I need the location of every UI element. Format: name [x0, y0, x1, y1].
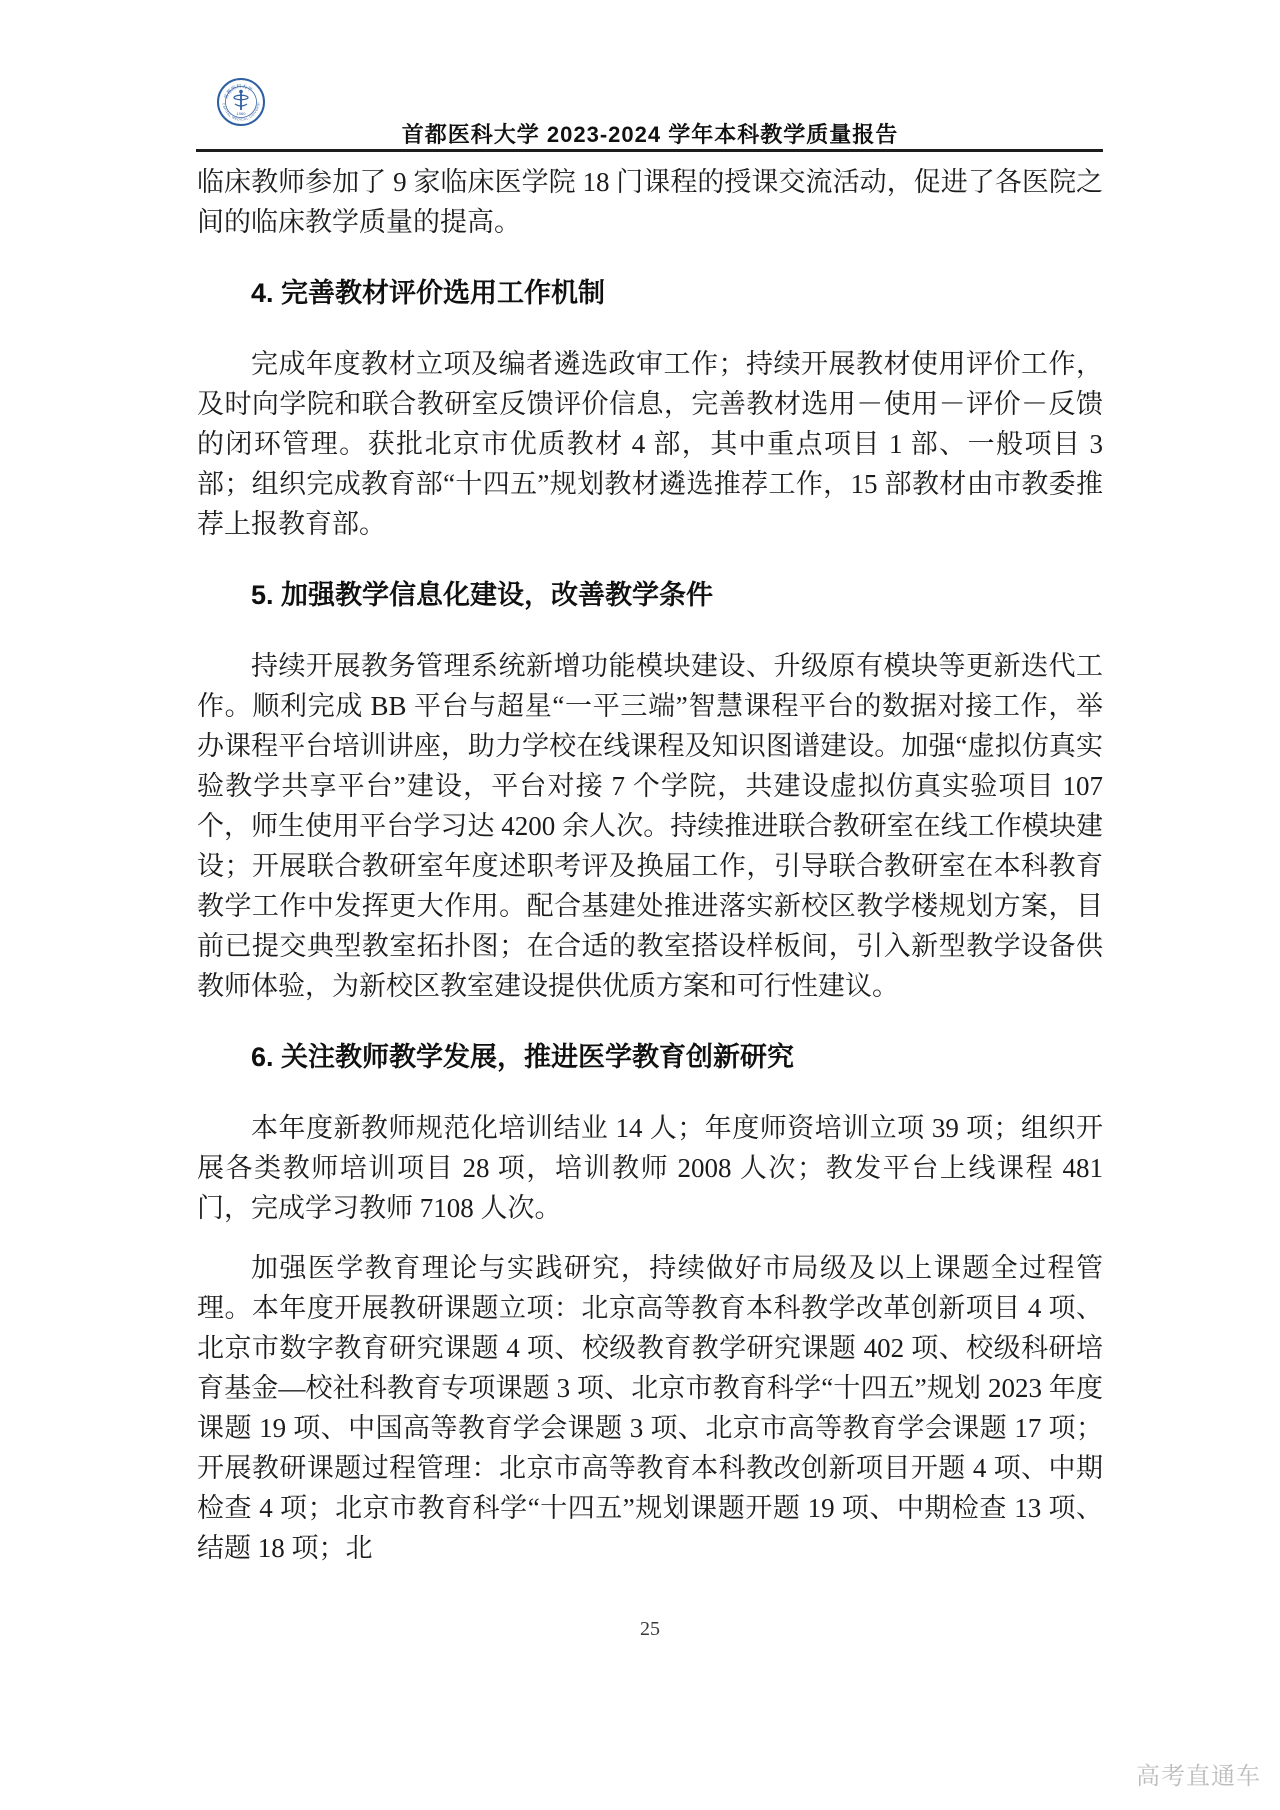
section-4-paragraph: 完成年度教材立项及编者遴选政审工作；持续开展教材使用评价工作，及时向学院和联合教… [197, 344, 1103, 544]
section-5-paragraph: 持续开展教务管理系统新增功能模块建设、升级原有模块等更新迭代工作。顺利完成 BB… [197, 646, 1103, 1006]
caduceus-icon [234, 90, 248, 110]
intro-paragraph: 临床教师参加了 9 家临床医学院 18 门课程的授课交流活动，促进了各医院之间的… [197, 162, 1103, 242]
section-6-paragraph-2: 加强医学教育理论与实践研究，持续做好市局级及以上课题全过程管理。本年度开展教研课… [197, 1248, 1103, 1568]
svg-text:首都医科大学: 首都医科大学 [222, 83, 253, 100]
watermark: 高考直通车 [1136, 1756, 1261, 1791]
document-body: 临床教师参加了 9 家临床医学院 18 门课程的授课交流活动，促进了各医院之间的… [197, 162, 1103, 1568]
seal-year-text: 1960 [237, 111, 247, 116]
header-rule [196, 149, 1103, 152]
page-number: 25 [197, 1618, 1103, 1641]
section-4-heading: 4. 完善教材评价选用工作机制 [251, 273, 1103, 313]
document-page: 首都医科大学 CAPITAL MEDICAL UNIVERSITY 1960 首… [0, 0, 1280, 1810]
seal-ring-text-top: 首都医科大学 [222, 83, 253, 100]
report-title: 首都医科大学 2023-2024 学年本科教学质量报告 [197, 118, 1103, 149]
section-6-heading: 6. 关注教师教学发展，推进医学教育创新研究 [251, 1037, 1103, 1077]
section-6-paragraph-1: 本年度新教师规范化培训结业 14 人；年度师资培训立项 39 项；组织开展各类教… [197, 1108, 1103, 1228]
section-5-heading: 5. 加强教学信息化建设，改善教学条件 [251, 575, 1103, 615]
